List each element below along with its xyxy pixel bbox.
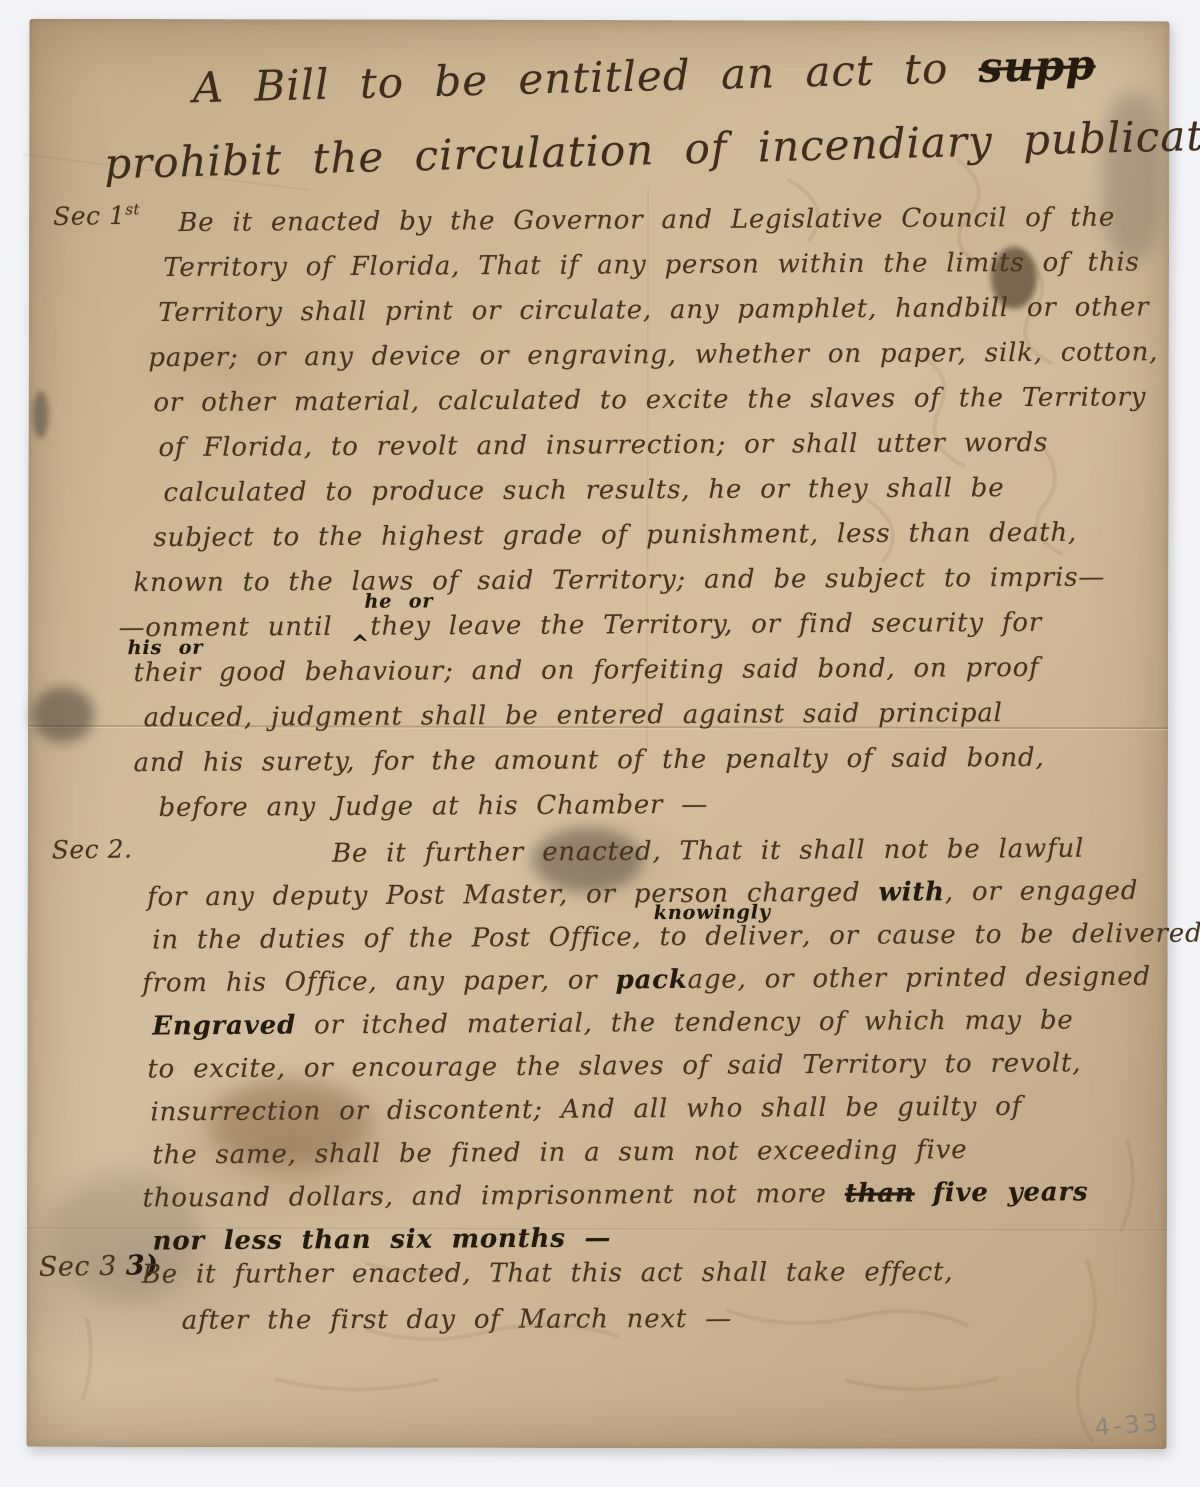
manuscript-line: —onment until ‸theyhe or leave the Terri… — [118, 600, 1168, 651]
manuscript-line: insurrection or discontent; And all who … — [150, 1085, 1167, 1135]
pencil-archive-number: 4-33 — [1093, 1408, 1162, 1442]
manuscript-text-layer: A Bill to be entitled an act to suppproh… — [27, 19, 1170, 1449]
manuscript-line: after the first day of March next — — [182, 1295, 1167, 1344]
manuscript-paper: A Bill to be entitled an act to suppproh… — [27, 19, 1170, 1449]
page-background: { "document": { "kind": "handwritten man… — [0, 0, 1200, 1487]
handwritten-text-segment: pack — [615, 965, 687, 995]
section-3-body: Be it further enacted, That this act sha… — [132, 1249, 1167, 1343]
interlinear-insertion: he or — [364, 578, 433, 623]
handwritten-text-segment: five years — [933, 1177, 1089, 1208]
handwritten-text-segment: from his Office, any paper, or — [142, 965, 615, 998]
manuscript-line: Territory of Florida, That if any person… — [163, 240, 1168, 291]
interlinear-insertion: his or — [128, 624, 204, 669]
handwritten-text-segment: calculated to produce such results, he o… — [163, 473, 1004, 508]
handwritten-text-segment: Be it further enacted, That this act sha… — [142, 1257, 953, 1290]
handwritten-text-segment: Sec 2. — [52, 834, 133, 864]
handwritten-text-segment: Territory of Florida, That if any person… — [163, 247, 1139, 283]
handwritten-text-segment: in the duties of the Post Office, — [152, 922, 660, 955]
handwritten-text-segment: before any Judge at his Chamber — — [159, 790, 709, 823]
handwritten-text-segment: leave the Territory, or find security fo… — [431, 608, 1042, 642]
bill-title: A Bill to be entitled an act to suppproh… — [80, 26, 1200, 199]
handwritten-text-segment: or itched material, the tendency of whic… — [296, 1005, 1074, 1040]
handwritten-text-segment: A Bill to be entitled an act to — [192, 43, 979, 112]
handwritten-text-segment: Engraved — [152, 1011, 296, 1042]
manuscript-line: from his Office, any paper, or package, … — [142, 956, 1167, 1006]
handwritten-text-segment: Sec 1 — [53, 201, 126, 231]
manuscript-line: known to the laws of said Territory; and… — [133, 555, 1168, 606]
manuscript-line: Be it further enacted, That this act sha… — [142, 1249, 1167, 1298]
handwritten-text-segment: to excite, or encourage the slaves of sa… — [147, 1048, 1081, 1084]
handwritten-text-segment: age, or other printed designed — [688, 962, 1152, 995]
handwritten-text-segment: with — [878, 877, 945, 907]
handwritten-text-segment: theyhe or — [370, 611, 431, 641]
handwritten-text-segment: paper; or any device or engraving, wheth… — [148, 337, 1158, 373]
manuscript-line: thousand dollars, and imprisonment not m… — [142, 1171, 1167, 1221]
handwritten-text-segment: subject to the highest grade of punishme… — [153, 518, 1077, 553]
manuscript-line: theirhis or good behaviour; and on forfe… — [133, 645, 1168, 696]
section-2-body: Be it further enacted, That it shall not… — [132, 829, 1168, 1260]
manuscript-line: Engraved or itched material, the tendenc… — [152, 999, 1167, 1049]
handwritten-text-segment: than — [845, 1178, 915, 1208]
manuscript-line: or other material, calculated to excite … — [153, 375, 1168, 426]
handwritten-text-segment: the same, shall be fined in a sum not ex… — [152, 1135, 967, 1170]
manuscript-line: paper; or any device or engraving, wheth… — [148, 330, 1168, 381]
handwritten-text-segment: of Florida, to revolt and insurrection; … — [158, 428, 1048, 463]
manuscript-line: in the duties of the Post Office, to del… — [152, 913, 1167, 963]
handwritten-text-segment: and his surety, for the amount of the pe… — [134, 743, 1045, 778]
manuscript-line: and his surety, for the amount of the pe… — [133, 735, 1168, 786]
section-1-body: Be it enacted by the Governor and Legisl… — [133, 198, 1168, 829]
manuscript-line: the same, shall be fined in a sum not ex… — [152, 1128, 1167, 1178]
handwritten-text-segment: aduced, judgment shall be entered agains… — [143, 698, 1002, 733]
manuscript-line: aduced, judgment shall be entered agains… — [143, 690, 1168, 741]
handwritten-text-segment: , or engaged — [945, 876, 1139, 907]
interlinear-insertion: knowingly — [654, 890, 771, 934]
handwritten-text-segment: after the first day of March next — — [182, 1304, 732, 1336]
manuscript-line: calculated to produce such results, he o… — [163, 465, 1168, 516]
handwritten-text-segment: theirhis or — [133, 658, 200, 688]
handwritten-text-segment: insurrection or discontent; And all who … — [150, 1092, 1022, 1128]
handwritten-text-segment — [915, 1178, 933, 1208]
handwritten-text-segment: good behaviour; and on forfeiting said b… — [201, 653, 1040, 688]
handwritten-text-segment: Be it further enacted, That it shall not… — [332, 834, 1084, 869]
manuscript-line: of Florida, to revolt and insurrection; … — [158, 420, 1168, 471]
handwritten-text-segment: Be it enacted by the Governor and Legisl… — [178, 203, 1115, 238]
manuscript-line: subject to the highest grade of punishme… — [153, 510, 1168, 561]
manuscript-line: before any Judge at his Chamber — — [158, 780, 1168, 831]
handwritten-text-segment: Sec 3 — [39, 1251, 126, 1283]
handwritten-text-segment: thousand dollars, and imprisonment not m… — [142, 1179, 844, 1214]
handwritten-text-segment: to deliverknowingly — [660, 921, 803, 952]
manuscript-line: Be it further enacted, That it shall not… — [332, 827, 1167, 876]
section-1-heading: Sec 1st — [53, 200, 140, 231]
section-2-heading: Sec 2. — [52, 834, 133, 864]
manuscript-line: to excite, or encourage the slaves of sa… — [147, 1042, 1167, 1092]
handwritten-text-segment: Territory shall print or circulate, any … — [158, 292, 1149, 328]
manuscript-line: Be it enacted by the Governor and Legisl… — [178, 195, 1168, 246]
handwritten-text-segment: , or cause to be delivered — [802, 918, 1200, 951]
handwritten-text-segment: or other material, calculated to excite … — [153, 382, 1146, 418]
manuscript-line: Territory shall print or circulate, any … — [158, 285, 1168, 336]
handwritten-text-segment: supp — [978, 40, 1096, 92]
handwritten-text-segment: known to the laws of said Territory; and… — [133, 562, 1105, 598]
